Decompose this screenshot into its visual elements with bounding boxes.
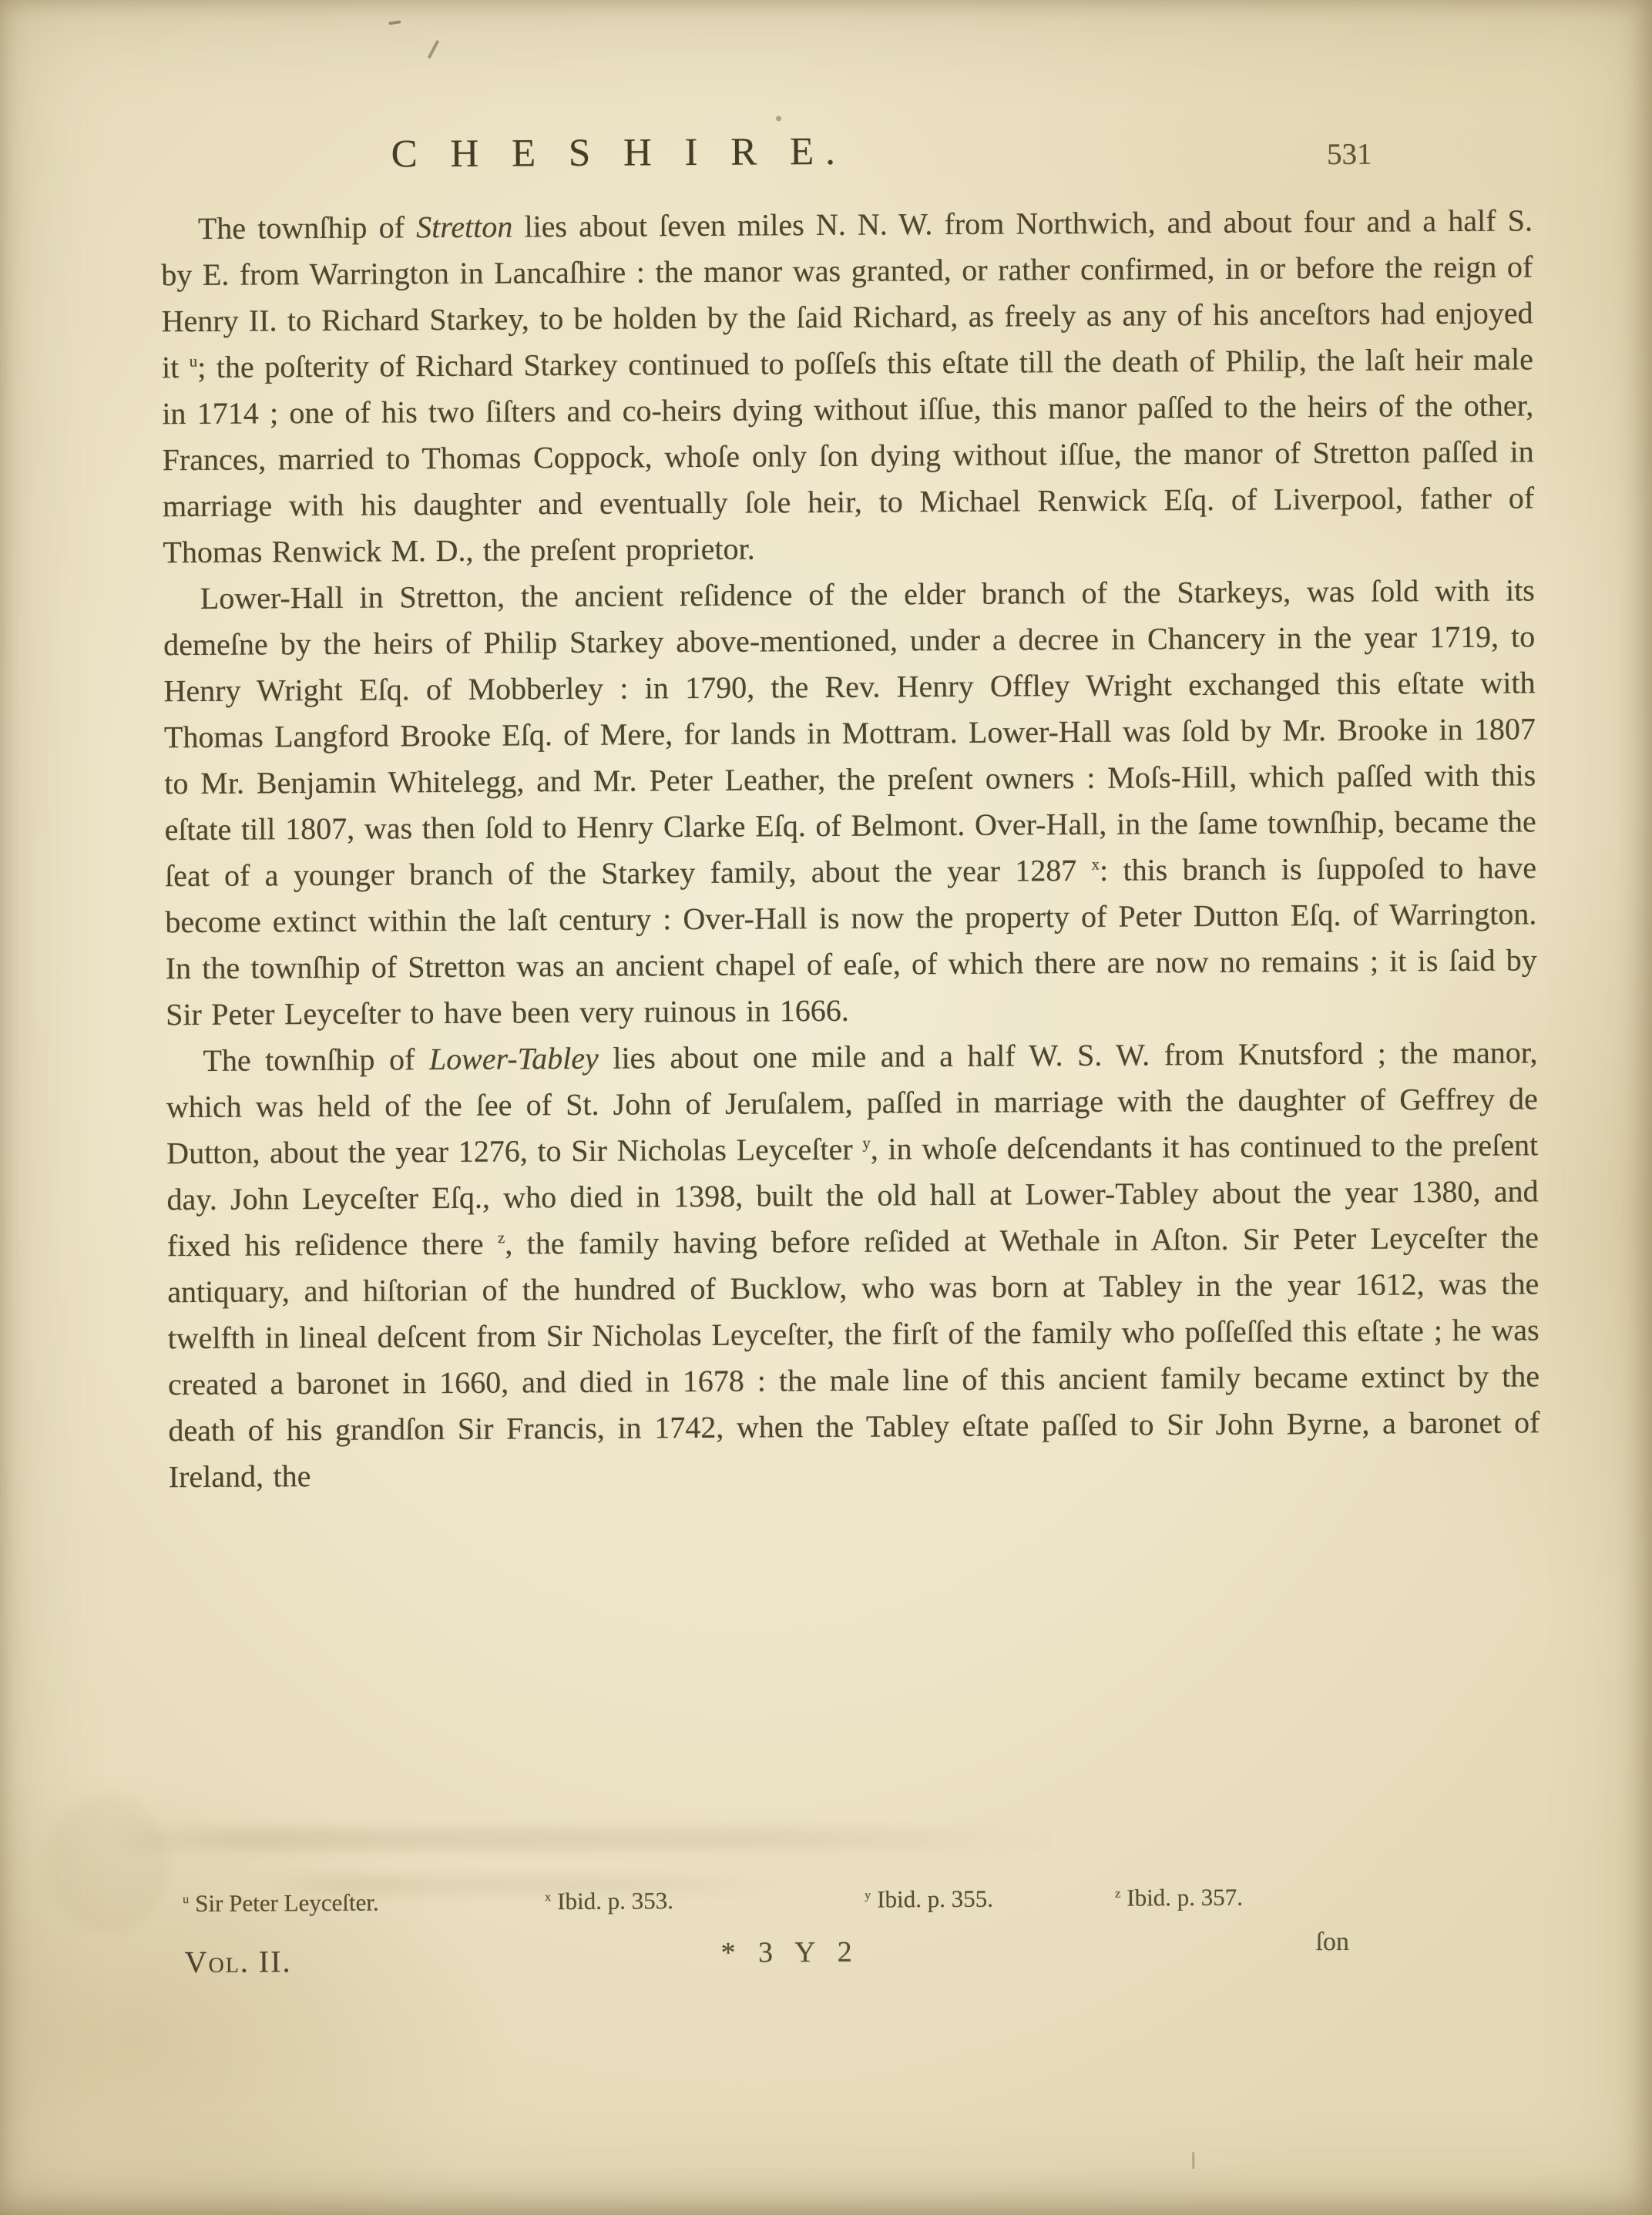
paragraph-lower-tabley: The townſhip of Lower-Tabley lies about … [166, 1029, 1540, 1500]
footnote-marker: y [865, 1888, 871, 1901]
footnote-text: Ibid. p. 355. [877, 1885, 993, 1913]
footnote-text: Sir Peter Leyceſter. [195, 1889, 379, 1917]
signature-mark: * 3 Y 2 [720, 1935, 859, 1970]
footnote-x: xIbid. p. 353. [545, 1887, 673, 1915]
ink-speck [1192, 2152, 1194, 2169]
paragraph-lower-hall: Lower-Hall in Stretton, the ancient reſi… [163, 567, 1538, 1038]
page-content: C H E S H I R E. 531 The townſhip of Str… [0, 0, 1652, 2215]
footnote-marker: z [1115, 1887, 1120, 1900]
footnote-z: zIbid. p. 357. [1115, 1884, 1243, 1912]
footer-row: Vol. II. * 3 Y 2 ſon [5, 1930, 1652, 1994]
running-title: C H E S H I R E. [0, 127, 1243, 180]
ink-speck [776, 116, 781, 121]
body-text: The townſhip of Stretton lies about ſeve… [161, 197, 1540, 1500]
footnote-row: uSir Peter Leyceſter. xIbid. p. 353. yIb… [183, 1882, 1477, 1890]
volume-label: Vol. II. [184, 1943, 291, 1980]
footnote-marker: u [183, 1893, 189, 1906]
catchword: ſon [1315, 1928, 1349, 1957]
footnote-text: Ibid. p. 353. [557, 1887, 673, 1915]
ink-speck [428, 40, 440, 59]
footnote-u: uSir Peter Leyceſter. [183, 1889, 379, 1918]
footnote-text: Ibid. p. 357. [1127, 1884, 1243, 1911]
page-number: 531 [1295, 136, 1403, 172]
paragraph-stretton: The townſhip of Stretton lies about ſeve… [161, 197, 1535, 576]
ink-speck [388, 20, 401, 25]
footnote-y: yIbid. p. 355. [865, 1885, 993, 1914]
book-page-scan: C H E S H I R E. 531 The townſhip of Str… [0, 0, 1652, 2215]
footnote-marker: x [545, 1891, 551, 1904]
